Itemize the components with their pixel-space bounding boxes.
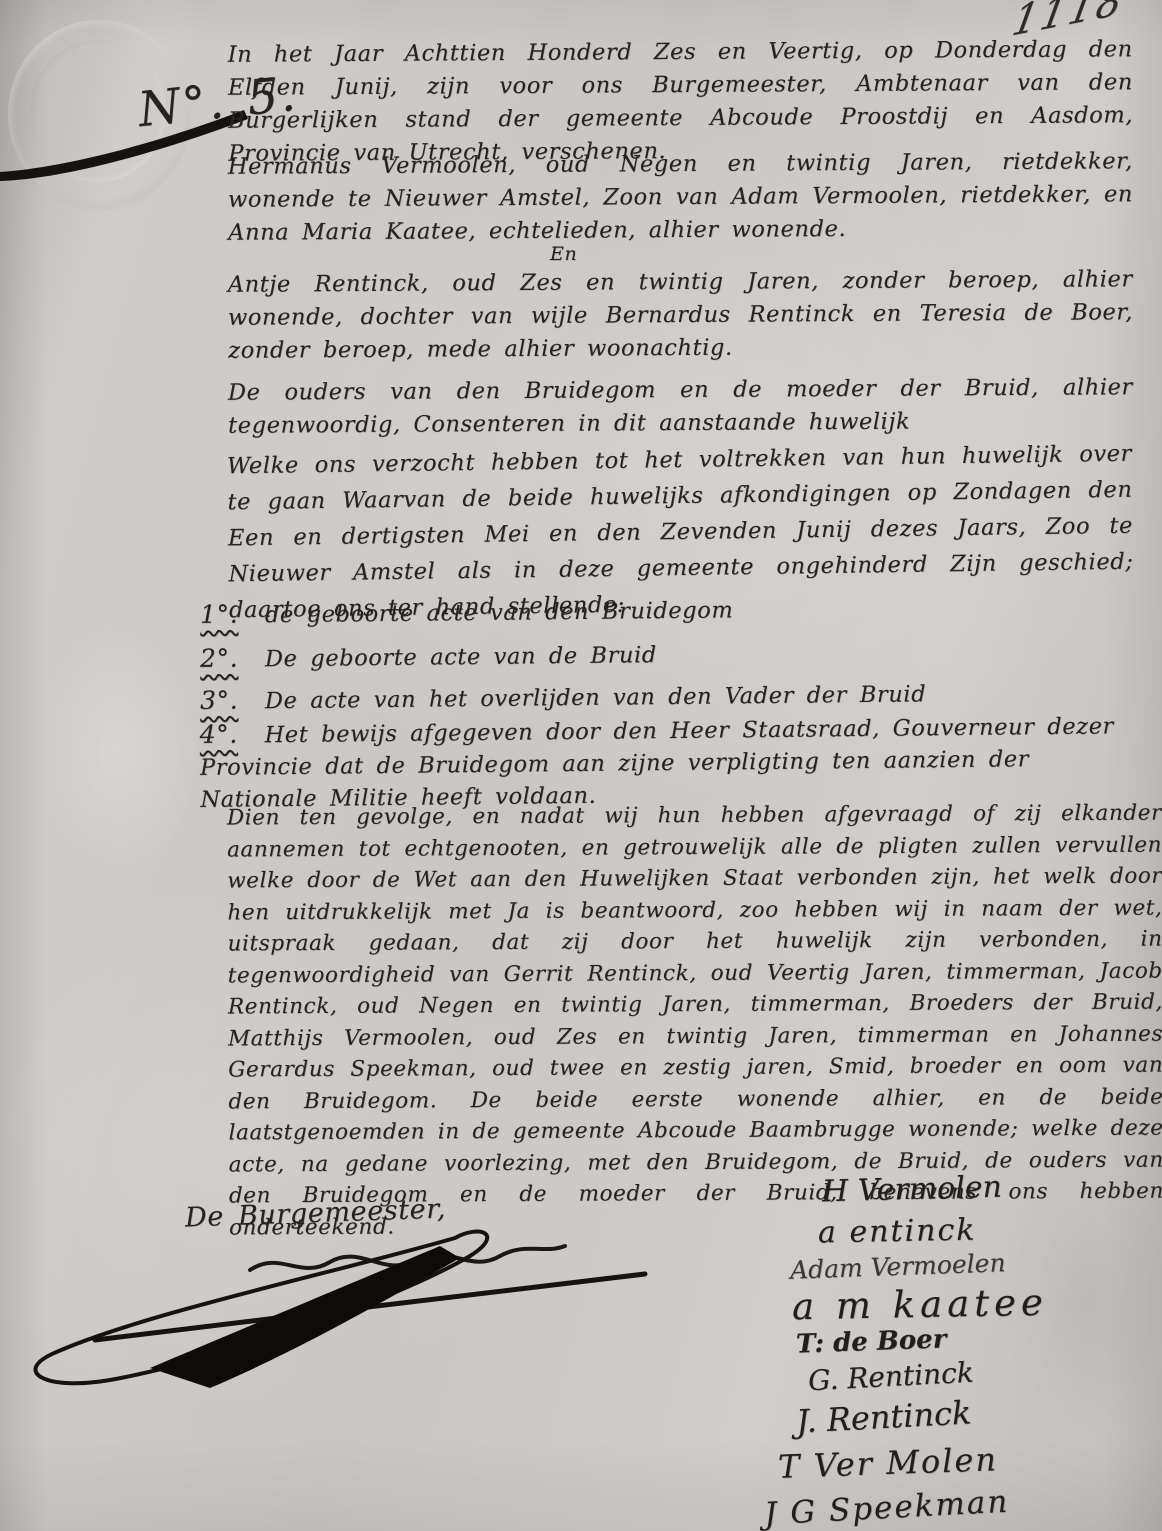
list-item-marker: 2°. — [200, 643, 238, 675]
signature: T: de Boer — [796, 1324, 947, 1359]
paragraph-groom: Hermanus Vermoolen, oud Negen en twintig… — [228, 145, 1134, 250]
list-item-text: De geboorte acte van de Bruid — [265, 642, 657, 672]
list-item-marker: 1°. — [200, 599, 238, 631]
signature: a entinck — [818, 1213, 977, 1251]
signature: Adam Vermoelen — [790, 1248, 1006, 1285]
signature: T Ver Molen — [777, 1440, 998, 1486]
list-item-marker: 3°. — [200, 685, 238, 717]
scanned-marriage-act-page: { "page": { "corner_mark": "1118", "act_… — [0, 0, 1162, 1531]
paragraph-pronouncement: Dien ten gevolge, en nadat wij hun hebbe… — [227, 798, 1162, 1244]
list-item-text: De acte van het overlijden van den Vader… — [265, 681, 926, 714]
paragraph-bride: Antje Rentinck, oud Zes en twintig Jaren… — [228, 263, 1134, 368]
list-item-text: de geboorte acte van den Bruidegom — [265, 597, 734, 628]
signature: H Vermolen — [822, 1170, 1003, 1210]
list-item-marker: 4°. — [200, 719, 238, 751]
signature: J. Rentinck — [795, 1393, 972, 1440]
burgemeester-signature-flourish — [0, 1222, 650, 1402]
paper-smudge — [40, 620, 200, 880]
insertion-word: En — [550, 243, 577, 265]
signature: J G Speekman — [763, 1484, 1010, 1531]
list-item: 2°. De geboorte acte van de Bruid — [200, 633, 1140, 676]
paragraph-consent: De ouders van den Bruidegom en de moeder… — [228, 371, 1133, 443]
signature: G. Rentinck — [807, 1356, 974, 1398]
signature: a m kaatee — [792, 1281, 1049, 1328]
